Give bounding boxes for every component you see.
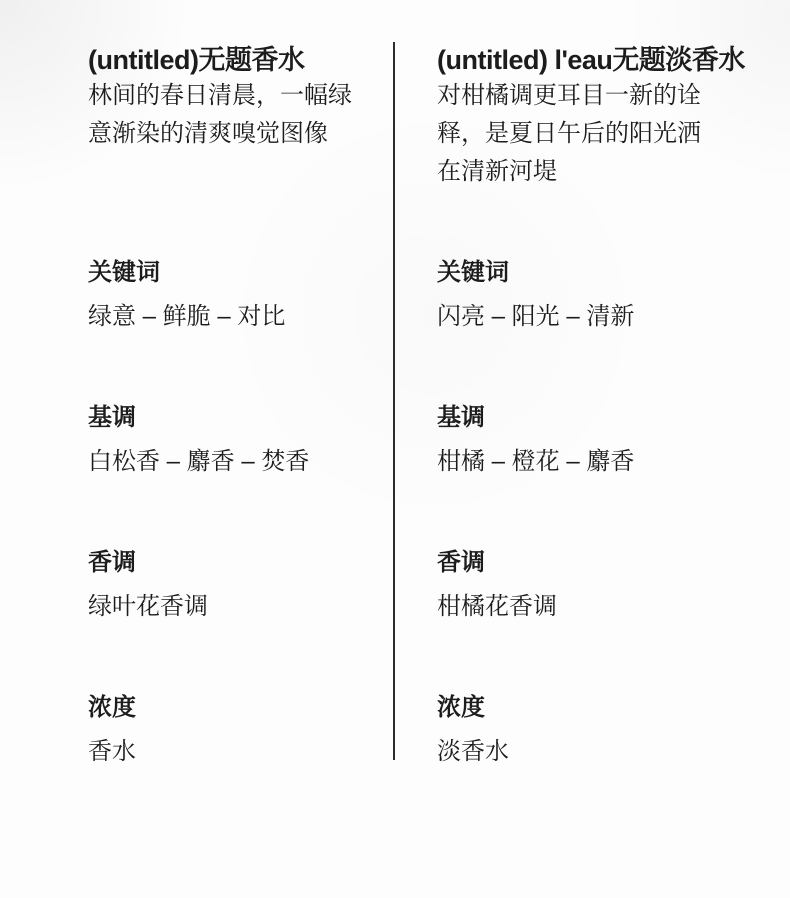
keywords-value-right: 闪亮 – 阳光 – 清新 xyxy=(437,302,634,332)
concentration-label-left: 浓度 xyxy=(88,693,136,723)
accord-label-left: 香调 xyxy=(88,548,136,578)
perfume-title-left: (untitled)无题香水 xyxy=(88,38,304,77)
base-notes-label-right: 基调 xyxy=(437,403,485,433)
perfume-description-left: 林间的春日清晨，一幅绿意渐染的清爽嗅觉图像 xyxy=(88,77,370,153)
perfume-description-right: 对柑橘调更耳目一新的诠释，是夏日午后的阳光洒在清新河堤 xyxy=(437,77,719,191)
perfume-comparison-page: (untitled)无题香水 林间的春日清晨，一幅绿意渐染的清爽嗅觉图像 关键词… xyxy=(0,0,790,898)
concentration-label-right: 浓度 xyxy=(437,693,485,723)
concentration-value-right: 淡香水 xyxy=(437,737,509,767)
base-notes-label-left: 基调 xyxy=(88,403,136,433)
keywords-label-left: 关键词 xyxy=(88,258,160,288)
accord-value-left: 绿叶花香调 xyxy=(88,592,208,622)
perfume-column-right: (untitled) l'eau无题淡香水 对柑橘调更耳目一新的诠释，是夏日午后… xyxy=(437,0,767,898)
accord-label-right: 香调 xyxy=(437,548,485,578)
perfume-column-left: (untitled)无题香水 林间的春日清晨，一幅绿意渐染的清爽嗅觉图像 关键词… xyxy=(88,0,388,898)
base-notes-value-right: 柑橘 – 橙花 – 麝香 xyxy=(437,447,634,477)
keywords-value-left: 绿意 – 鲜脆 – 对比 xyxy=(88,302,285,332)
keywords-label-right: 关键词 xyxy=(437,258,509,288)
accord-value-right: 柑橘花香调 xyxy=(437,592,557,622)
perfume-title-right: (untitled) l'eau无题淡香水 xyxy=(437,38,745,77)
column-divider-line xyxy=(393,42,395,760)
base-notes-value-left: 白松香 – 麝香 – 焚香 xyxy=(88,447,309,477)
concentration-value-left: 香水 xyxy=(88,737,136,767)
